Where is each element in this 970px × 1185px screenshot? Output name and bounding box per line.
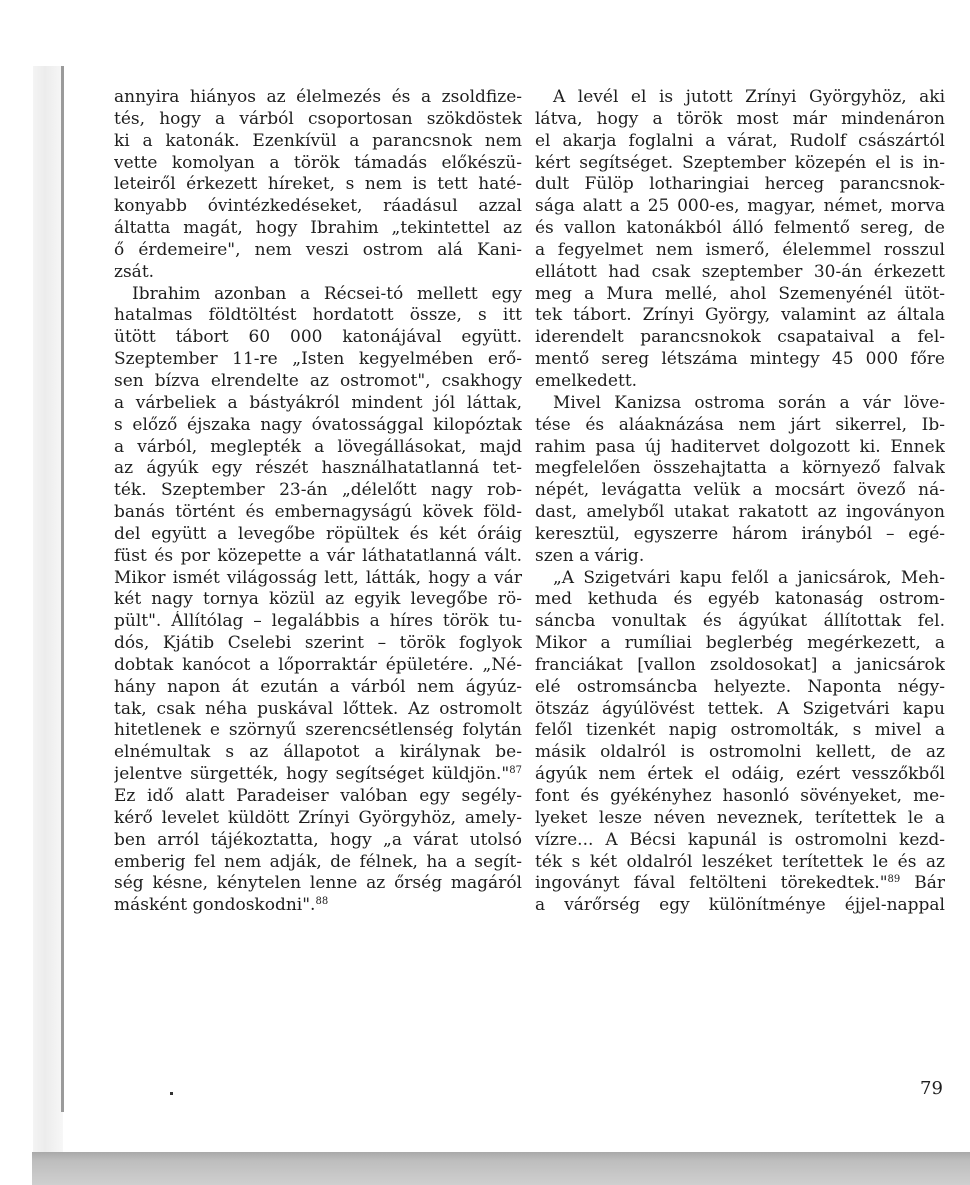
page-number: 79 bbox=[920, 1078, 943, 1099]
line-text: Ibrahim azonban a Récsei-tó mellett egy bbox=[132, 284, 522, 304]
text-line: ben arról tájékoztatta, hogy „a várat ut… bbox=[114, 830, 522, 852]
text-line: látva, hogy a török most már mindenáron bbox=[535, 109, 945, 131]
text-line: ötszáz ágyúlövést tettek. A Szigetvári k… bbox=[535, 699, 945, 721]
text-line: két nagy tornya közül az egyik levegőbe … bbox=[114, 589, 522, 611]
text-line: vette komolyan a török támadás előkészü- bbox=[114, 153, 522, 175]
line-text: két nagy tornya közül az egyik levegőbe … bbox=[114, 589, 522, 609]
text-line: hány napon át ezután a várból nem ágyúz- bbox=[114, 677, 522, 699]
line-text: iderendelt parancsnokok csapataival a fe… bbox=[535, 327, 945, 347]
text-line: vízre... A Bécsi kapunál is ostromolni k… bbox=[535, 830, 945, 852]
line-text: elnémultak s az állapotot a királynak be… bbox=[114, 742, 522, 762]
line-text: az ágyúk egy részét használhatatlanná te… bbox=[114, 458, 522, 478]
text-line: konyabb óvintézkedéseket, ráadásul azzal bbox=[114, 196, 522, 218]
line-text: el akarja foglalni a várat, Rudolf csász… bbox=[535, 131, 945, 151]
line-text-tail: Bár bbox=[900, 873, 945, 893]
line-text: hitetlenek e szörnyű szerencsétlenség fo… bbox=[114, 720, 522, 740]
line-text: ség késne, kénytelen lenne az őrség magá… bbox=[114, 873, 522, 893]
text-line: meg a Mura mellé, ahol Szemenyénél ütöt- bbox=[535, 284, 945, 306]
text-line: a várbeliek a bástyákról mindent jól lát… bbox=[114, 393, 522, 415]
line-text: lyeket lesze néven neveznek, terítettek … bbox=[535, 808, 945, 828]
line-text: banás történt és embernagyságú kövek föl… bbox=[114, 502, 522, 522]
line-text: dós, Kjátib Cselebi szerint – török fogl… bbox=[114, 633, 522, 653]
text-line: tek tábort. Zrínyi György, valamint az á… bbox=[535, 305, 945, 327]
page-binding-shadow bbox=[33, 66, 63, 1156]
line-text: dast, amelyből utakat rakatott az ingová… bbox=[535, 502, 945, 522]
text-line: Mikor a rumíliai beglerbég megérkezett, … bbox=[535, 633, 945, 655]
text-line: med kethuda és egyéb katonaság ostrom- bbox=[535, 589, 945, 611]
text-line: hatalmas földtöltést hordatott össze, s … bbox=[114, 305, 522, 327]
line-text: népét, levágatta velük a mocsárt övező n… bbox=[535, 480, 945, 500]
line-text: vízre... A Bécsi kapunál is ostromolni k… bbox=[535, 830, 945, 850]
line-text: tése és aláaknázása nem járt sikerrel, I… bbox=[535, 415, 945, 435]
line-text: ték. Szeptember 23-án „délelőtt nagy rob… bbox=[114, 480, 522, 500]
text-line: dult Fülöp lotharingiai herceg parancsno… bbox=[535, 174, 945, 196]
text-line: annyira hiányos az élelmezés és a zsoldf… bbox=[114, 87, 522, 109]
line-text: hány napon át ezután a várból nem ágyúz- bbox=[114, 677, 522, 697]
text-line: elé ostromsáncba helyezte. Naponta négy- bbox=[535, 677, 945, 699]
line-text: a fegyelmet nem ismerő, élelemmel rosszu… bbox=[535, 240, 945, 260]
line-text: med kethuda és egyéb katonaság ostrom- bbox=[535, 589, 945, 609]
line-text: Mikor a rumíliai beglerbég megérkezett, … bbox=[535, 633, 945, 653]
line-text: s előző éjszaka nagy óvatossággal kilopó… bbox=[114, 415, 522, 435]
scan-speck bbox=[170, 1092, 173, 1095]
line-text: és vallon katonákból álló felmentő sereg… bbox=[535, 218, 945, 238]
text-line: elnémultak s az állapotot a királynak be… bbox=[114, 742, 522, 764]
line-text: ötszáz ágyúlövést tettek. A Szigetvári k… bbox=[535, 699, 945, 719]
line-text: sáncba vonultak és ágyúkat állítottak fe… bbox=[535, 611, 945, 631]
right-text-column: A levél el is jutott Zrínyi Györgyhöz, a… bbox=[535, 87, 945, 917]
line-text: rahim pasa új haditervet dolgozott ki. E… bbox=[535, 437, 945, 457]
line-text: ellátott had csak szeptember 30-án érkez… bbox=[535, 262, 945, 282]
text-line: leteiről érkezett híreket, s nem is tett… bbox=[114, 174, 522, 196]
line-text: megfelelően összehajtatta a környező fal… bbox=[535, 458, 945, 478]
line-text: másként gondoskodni". bbox=[114, 895, 315, 915]
text-line: jelentve sürgették, hogy segítséget küld… bbox=[114, 764, 522, 786]
text-line: pült". Állítólag – legalábbis a híres tö… bbox=[114, 611, 522, 633]
line-text: hatalmas földtöltést hordatott össze, s … bbox=[114, 305, 522, 325]
line-text: a várból, meglepték a lövegállásokat, ma… bbox=[114, 437, 522, 457]
line-text: elé ostromsáncba helyezte. Naponta négy- bbox=[535, 677, 945, 697]
line-text: ingoványt fával feltölteni törekedtek." bbox=[535, 873, 888, 893]
line-text: dobtak kanócot a lőporraktár épületére. … bbox=[114, 655, 522, 675]
text-line: dast, amelyből utakat rakatott az ingová… bbox=[535, 502, 945, 524]
page-fold-line bbox=[61, 66, 64, 1112]
footnote-reference: 87 bbox=[509, 765, 522, 776]
text-line: el akarja foglalni a várat, Rudolf csász… bbox=[535, 131, 945, 153]
line-text: jelentve sürgették, hogy segítséget küld… bbox=[114, 764, 509, 784]
line-text: ki a katonák. Ezenkívül a parancsnok nem bbox=[114, 131, 522, 151]
text-line: ség késne, kénytelen lenne az őrség magá… bbox=[114, 873, 522, 895]
text-line: ingoványt fával feltölteni törekedtek."8… bbox=[535, 873, 945, 895]
text-line: mentő sereg létszáma mintegy 45 000 főre bbox=[535, 349, 945, 371]
text-line: másik oldalról is ostromolni kellett, de… bbox=[535, 742, 945, 764]
text-line: a várból, meglepték a lövegállásokat, ma… bbox=[114, 437, 522, 459]
text-line: lyeket lesze néven neveznek, terítettek … bbox=[535, 808, 945, 830]
text-line: ki a katonák. Ezenkívül a parancsnok nem bbox=[114, 131, 522, 153]
footnote-reference: 88 bbox=[315, 896, 328, 907]
line-text: ő érdemeire", nem veszi ostrom alá Kani- bbox=[114, 240, 522, 260]
scan-bottom-edge bbox=[32, 1152, 970, 1185]
line-text: franciákat [vallon zsoldosokat] a janics… bbox=[535, 655, 945, 675]
line-text: áltatta magát, hogy Ibrahim „tekintettel… bbox=[114, 218, 522, 238]
text-line: Szeptember 11-re „Isten kegyelmében erő- bbox=[114, 349, 522, 371]
line-text: kért segítséget. Szeptember közepén el i… bbox=[535, 153, 945, 173]
text-line: Ez idő alatt Paradeiser valóban egy segé… bbox=[114, 786, 522, 808]
line-text: ütött tábort 60 000 katonájával együtt. bbox=[114, 327, 522, 347]
line-text: „A Szigetvári kapu felől a janicsárok, M… bbox=[553, 568, 945, 588]
text-line: del együtt a levegőbe röpültek és két ór… bbox=[114, 524, 522, 546]
line-text: másik oldalról is ostromolni kellett, de… bbox=[535, 742, 945, 762]
line-text: ték s két oldalról leszéket terítettek l… bbox=[535, 852, 945, 872]
line-text: látva, hogy a török most már mindenáron bbox=[535, 109, 945, 129]
text-line: rahim pasa új haditervet dolgozott ki. E… bbox=[535, 437, 945, 459]
line-text: mentő sereg létszáma mintegy 45 000 főre bbox=[535, 349, 945, 369]
line-text: Mikor ismét világosság lett, látták, hog… bbox=[114, 568, 522, 588]
text-line: szen a várig. bbox=[535, 546, 945, 568]
line-text: tés, hogy a várból csoportosan szökdöste… bbox=[114, 109, 522, 129]
text-line: tak, csak néha puskával lőttek. Az ostro… bbox=[114, 699, 522, 721]
line-text: font és gyékényhez hasonló sövényeket, m… bbox=[535, 786, 945, 806]
line-text: konyabb óvintézkedéseket, ráadásul azzal bbox=[114, 196, 522, 216]
text-line: és vallon katonákból álló felmentő sereg… bbox=[535, 218, 945, 240]
text-line: ütött tábort 60 000 katonájával együtt. bbox=[114, 327, 522, 349]
text-line: az ágyúk egy részét használhatatlanná te… bbox=[114, 458, 522, 480]
text-line: a várőrség egy különítménye éjjel-nappal bbox=[535, 895, 945, 917]
text-line: hitetlenek e szörnyű szerencsétlenség fo… bbox=[114, 720, 522, 742]
line-text: sága alatt a 25 000-es, magyar, német, m… bbox=[535, 196, 945, 216]
text-line: áltatta magát, hogy Ibrahim „tekintettel… bbox=[114, 218, 522, 240]
line-text: zsát. bbox=[114, 262, 154, 282]
line-text: A levél el is jutott Zrínyi Györgyhöz, a… bbox=[553, 87, 945, 107]
text-line: ték. Szeptember 23-án „délelőtt nagy rob… bbox=[114, 480, 522, 502]
line-text: meg a Mura mellé, ahol Szemenyénél ütöt- bbox=[535, 284, 945, 304]
text-line: sága alatt a 25 000-es, magyar, német, m… bbox=[535, 196, 945, 218]
line-text: ben arról tájékoztatta, hogy „a várat ut… bbox=[114, 830, 522, 850]
line-text: Szeptember 11-re „Isten kegyelmében erő- bbox=[114, 349, 522, 369]
line-text: Ez idő alatt Paradeiser valóban egy segé… bbox=[114, 786, 522, 806]
line-text: leteiről érkezett híreket, s nem is tett… bbox=[114, 174, 522, 194]
text-line: dobtak kanócot a lőporraktár épületére. … bbox=[114, 655, 522, 677]
line-text: ágyúk nem értek el odáig, ezért vesszőkb… bbox=[535, 764, 945, 784]
line-text: felől tizenkét napig ostromolták, s mive… bbox=[535, 720, 945, 740]
line-text: del együtt a levegőbe röpültek és két ór… bbox=[114, 524, 522, 544]
text-line: füst és por közepette a vár láthatatlann… bbox=[114, 546, 522, 568]
left-text-column: annyira hiányos az élelmezés és a zsoldf… bbox=[114, 87, 522, 917]
footnote-reference: 89 bbox=[888, 874, 901, 885]
text-line: franciákat [vallon zsoldosokat] a janics… bbox=[535, 655, 945, 677]
text-line: sen bízva elrendelte az ostromot", csakh… bbox=[114, 371, 522, 393]
text-line: font és gyékényhez hasonló sövényeket, m… bbox=[535, 786, 945, 808]
line-text: a várbeliek a bástyákról mindent jól lát… bbox=[114, 393, 522, 413]
line-text: dult Fülöp lotharingiai herceg parancsno… bbox=[535, 174, 945, 194]
line-text: annyira hiányos az élelmezés és a zsoldf… bbox=[114, 87, 522, 107]
text-line: Ibrahim azonban a Récsei-tó mellett egy bbox=[114, 284, 522, 306]
text-line: felől tizenkét napig ostromolták, s mive… bbox=[535, 720, 945, 742]
line-text: emelkedett. bbox=[535, 371, 637, 391]
text-line: emelkedett. bbox=[535, 371, 945, 393]
text-line: s előző éjszaka nagy óvatossággal kilopó… bbox=[114, 415, 522, 437]
line-text: sen bízva elrendelte az ostromot", csakh… bbox=[114, 371, 522, 391]
text-line: népét, levágatta velük a mocsárt övező n… bbox=[535, 480, 945, 502]
text-line: ágyúk nem értek el odáig, ezért vesszőkb… bbox=[535, 764, 945, 786]
text-line: Mivel Kanizsa ostroma során a vár löve- bbox=[535, 393, 945, 415]
text-line: zsát. bbox=[114, 262, 522, 284]
text-line: banás történt és embernagyságú kövek föl… bbox=[114, 502, 522, 524]
text-line: „A Szigetvári kapu felől a janicsárok, M… bbox=[535, 568, 945, 590]
text-line: kérő levelet küldött Zrínyi Györgyhöz, a… bbox=[114, 808, 522, 830]
line-text: füst és por közepette a vár láthatatlann… bbox=[114, 546, 522, 566]
text-line: A levél el is jutott Zrínyi Györgyhöz, a… bbox=[535, 87, 945, 109]
text-line: másként gondoskodni".88 bbox=[114, 895, 522, 917]
text-line: emberig fel nem adják, de félnek, ha a s… bbox=[114, 852, 522, 874]
text-line: iderendelt parancsnokok csapataival a fe… bbox=[535, 327, 945, 349]
line-text: keresztül, egyszerre három irányból – eg… bbox=[535, 524, 945, 544]
text-line: megfelelően összehajtatta a környező fal… bbox=[535, 458, 945, 480]
text-line: a fegyelmet nem ismerő, élelemmel rosszu… bbox=[535, 240, 945, 262]
text-line: kért segítséget. Szeptember közepén el i… bbox=[535, 153, 945, 175]
line-text: Mivel Kanizsa ostroma során a vár löve- bbox=[553, 393, 945, 413]
text-line: tés, hogy a várból csoportosan szökdöste… bbox=[114, 109, 522, 131]
text-line: ellátott had csak szeptember 30-án érkez… bbox=[535, 262, 945, 284]
text-line: sáncba vonultak és ágyúkat állítottak fe… bbox=[535, 611, 945, 633]
text-line: ték s két oldalról leszéket terítettek l… bbox=[535, 852, 945, 874]
line-text: tek tábort. Zrínyi György, valamint az á… bbox=[535, 305, 945, 325]
text-line: Mikor ismét világosság lett, látták, hog… bbox=[114, 568, 522, 590]
text-line: dós, Kjátib Cselebi szerint – török fogl… bbox=[114, 633, 522, 655]
text-line: ő érdemeire", nem veszi ostrom alá Kani- bbox=[114, 240, 522, 262]
line-text: szen a várig. bbox=[535, 546, 644, 566]
line-text: emberig fel nem adják, de félnek, ha a s… bbox=[114, 852, 522, 872]
line-text: pült". Állítólag – legalábbis a híres tö… bbox=[114, 611, 522, 631]
line-text: a várőrség egy különítménye éjjel-nappal bbox=[535, 895, 945, 915]
text-line: tése és aláaknázása nem járt sikerrel, I… bbox=[535, 415, 945, 437]
line-text: tak, csak néha puskával lőttek. Az ostro… bbox=[114, 699, 522, 719]
line-text: vette komolyan a török támadás előkészü- bbox=[114, 153, 522, 173]
text-line: keresztül, egyszerre három irányból – eg… bbox=[535, 524, 945, 546]
line-text: kérő levelet küldött Zrínyi Györgyhöz, a… bbox=[114, 808, 522, 828]
